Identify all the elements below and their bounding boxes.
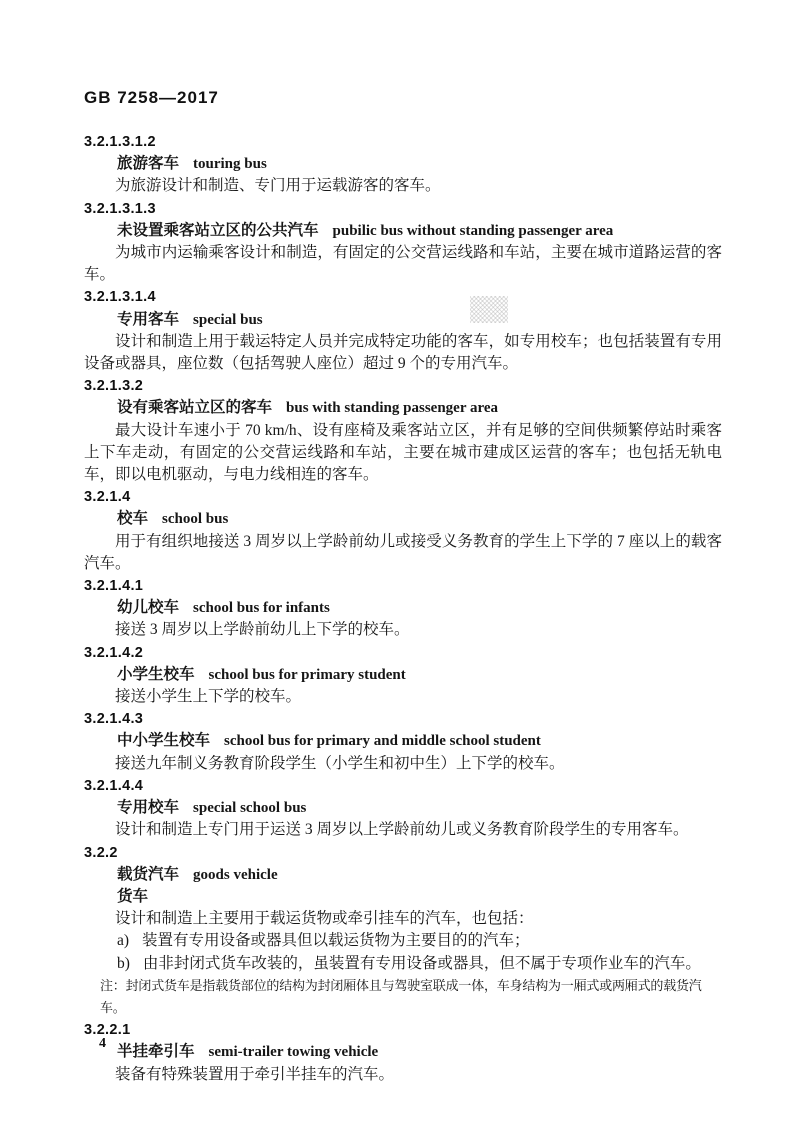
section-3.2.1.4.2: 3.2.1.4.2 小学生校车school bus for primary st…: [84, 642, 722, 709]
term-heading: 旅游客车touring bus: [84, 153, 722, 175]
definition-text: 接送 3 周岁以上学龄前幼儿上下学的校车。: [84, 619, 722, 641]
list-item-text: 由非封闭式货车改装的，虽装置有专用设备或器具，但不属于专项作业车的汽车。: [143, 955, 701, 972]
section-3.2.1.3.2: 3.2.1.3.2 设有乘客站立区的客车bus with standing pa…: [84, 375, 722, 486]
note-text: 注：封闭式货车是指载货部位的结构为封闭厢体且与驾驶室联成一体，车身结构为一厢式或…: [84, 975, 722, 1019]
term-zh: 旅游客车: [117, 155, 179, 172]
term-zh: 设有乘客站立区的客车: [117, 399, 272, 416]
term-heading: 载货汽车goods vehicle: [84, 864, 722, 886]
list-item-b: b)由非封闭式货车改装的，虽装置有专用设备或器具，但不属于专项作业车的汽车。: [84, 953, 722, 975]
term-zh: 载货汽车: [117, 866, 179, 883]
definition-text: 用于有组织地接送 3 周岁以上学龄前幼儿或接受义务教育的学生上下学的 7 座以上…: [84, 531, 722, 575]
list-item-label: b): [117, 955, 130, 972]
section-3.2.1.3.1.2: 3.2.1.3.1.2 旅游客车touring bus 为旅游设计和制造、专门用…: [84, 131, 722, 198]
term-heading: 小学生校车school bus for primary student: [84, 664, 722, 686]
term-zh: 未设置乘客站立区的公共汽车: [117, 222, 319, 239]
section-3.2.1.3.1.3: 3.2.1.3.1.3 未设置乘客站立区的公共汽车pubilic bus wit…: [84, 198, 722, 287]
term-en: bus with standing passenger area: [286, 400, 498, 416]
definition-text: 为旅游设计和制造、专门用于运载游客的客车。: [84, 175, 722, 197]
section-number: 3.2.1.3.2: [84, 375, 722, 397]
standard-number-header: GB 7258—2017: [84, 88, 219, 108]
section-number: 3.2.1.4.4: [84, 775, 722, 797]
section-number: 3.2.1.3.1.3: [84, 198, 722, 220]
section-3.2.2.1: 3.2.2.1 半挂牵引车semi-trailer towing vehicle…: [84, 1019, 722, 1086]
list-item-text: 装置有专用设备或器具但以载运货物为主要目的的汽车；: [142, 932, 530, 949]
list-item-a: a)装置有专用设备或器具但以载运货物为主要目的的汽车；: [84, 930, 722, 952]
list-item-label: a): [117, 932, 129, 949]
term-en: pubilic bus without standing passenger a…: [333, 223, 614, 239]
section-3.2.1.4: 3.2.1.4 校车school bus 用于有组织地接送 3 周岁以上学龄前幼…: [84, 486, 722, 575]
section-number: 3.2.1.4.3: [84, 708, 722, 730]
term-en: school bus for primary student: [209, 667, 406, 683]
section-number: 3.2.2.1: [84, 1019, 722, 1041]
definition-text: 接送小学生上下学的校车。: [84, 686, 722, 708]
document-page: GB 7258—2017 3.2.1.3.1.2 旅游客车touring bus…: [0, 0, 800, 1131]
term-heading: 幼儿校车school bus for infants: [84, 597, 722, 619]
section-number: 3.2.1.3.1.2: [84, 131, 722, 153]
section-number: 3.2.1.4.2: [84, 642, 722, 664]
definition-text: 接送九年制义务教育阶段学生（小学生和初中生）上下学的校车。: [84, 753, 722, 775]
term-en: special bus: [193, 312, 263, 328]
term-en: school bus for infants: [193, 600, 330, 616]
section-number: 3.2.1.4.1: [84, 575, 722, 597]
section-3.2.1.4.4: 3.2.1.4.4 专用校车special school bus 设计和制造上专…: [84, 775, 722, 842]
term-heading: 设有乘客站立区的客车bus with standing passenger ar…: [84, 397, 722, 419]
section-number: 3.2.1.4: [84, 486, 722, 508]
term-zh: 小学生校车: [117, 666, 195, 683]
term-en: goods vehicle: [193, 867, 278, 883]
section-3.2.1.4.1: 3.2.1.4.1 幼儿校车school bus for infants 接送 …: [84, 575, 722, 642]
term-en: special school bus: [193, 800, 306, 816]
term-zh: 专用校车: [117, 799, 179, 816]
term-en: semi-trailer towing vehicle: [209, 1044, 379, 1060]
alt-term-zh: 货车: [117, 888, 148, 905]
term-heading: 校车school bus: [84, 508, 722, 530]
page-content: 3.2.1.3.1.2 旅游客车touring bus 为旅游设计和制造、专门用…: [84, 131, 722, 1086]
term-zh: 幼儿校车: [117, 599, 179, 616]
section-number: 3.2.2: [84, 842, 722, 864]
section-number: 3.2.1.3.1.4: [84, 286, 722, 308]
page-number: 4: [99, 1036, 106, 1052]
definition-text: 设计和制造上用于载运特定人员并完成特定功能的客车，如专用校车；也包括装置有专用设…: [84, 331, 722, 375]
definition-text: 设计和制造上主要用于载运货物或牵引挂车的汽车，也包括：: [84, 908, 722, 930]
term-zh: 半挂牵引车: [117, 1043, 195, 1060]
term-heading: 未设置乘客站立区的公共汽车pubilic bus without standin…: [84, 220, 722, 242]
term-heading: 中小学生校车school bus for primary and middle …: [84, 730, 722, 752]
term-heading: 专用校车special school bus: [84, 797, 722, 819]
section-3.2.1.4.3: 3.2.1.4.3 中小学生校车school bus for primary a…: [84, 708, 722, 775]
definition-text: 设计和制造上专门用于运送 3 周岁以上学龄前幼儿或义务教育阶段学生的专用客车。: [84, 819, 722, 841]
section-3.2.1.3.1.4: 3.2.1.3.1.4 专用客车special bus 设计和制造上用于载运特定…: [84, 286, 722, 375]
term-en: school bus: [162, 511, 228, 527]
term-zh: 校车: [117, 510, 148, 527]
term-heading: 专用客车special bus: [84, 309, 722, 331]
definition-text: 为城市内运输乘客设计和制造，有固定的公交营运线路和车站，主要在城市道路运营的客车…: [84, 242, 722, 286]
term-zh: 中小学生校车: [117, 732, 210, 749]
term-en: touring bus: [193, 156, 267, 172]
definition-text: 最大设计车速小于 70 km/h、设有座椅及乘客站立区，并有足够的空间供频繁停站…: [84, 420, 722, 487]
alt-term-heading: 货车: [84, 886, 722, 908]
term-heading: 半挂牵引车semi-trailer towing vehicle: [84, 1041, 722, 1063]
term-en: school bus for primary and middle school…: [224, 733, 541, 749]
definition-text: 装备有特殊装置用于牵引半挂车的汽车。: [84, 1064, 722, 1086]
term-zh: 专用客车: [117, 311, 179, 328]
section-3.2.2: 3.2.2 载货汽车goods vehicle 货车 设计和制造上主要用于载运货…: [84, 842, 722, 1020]
